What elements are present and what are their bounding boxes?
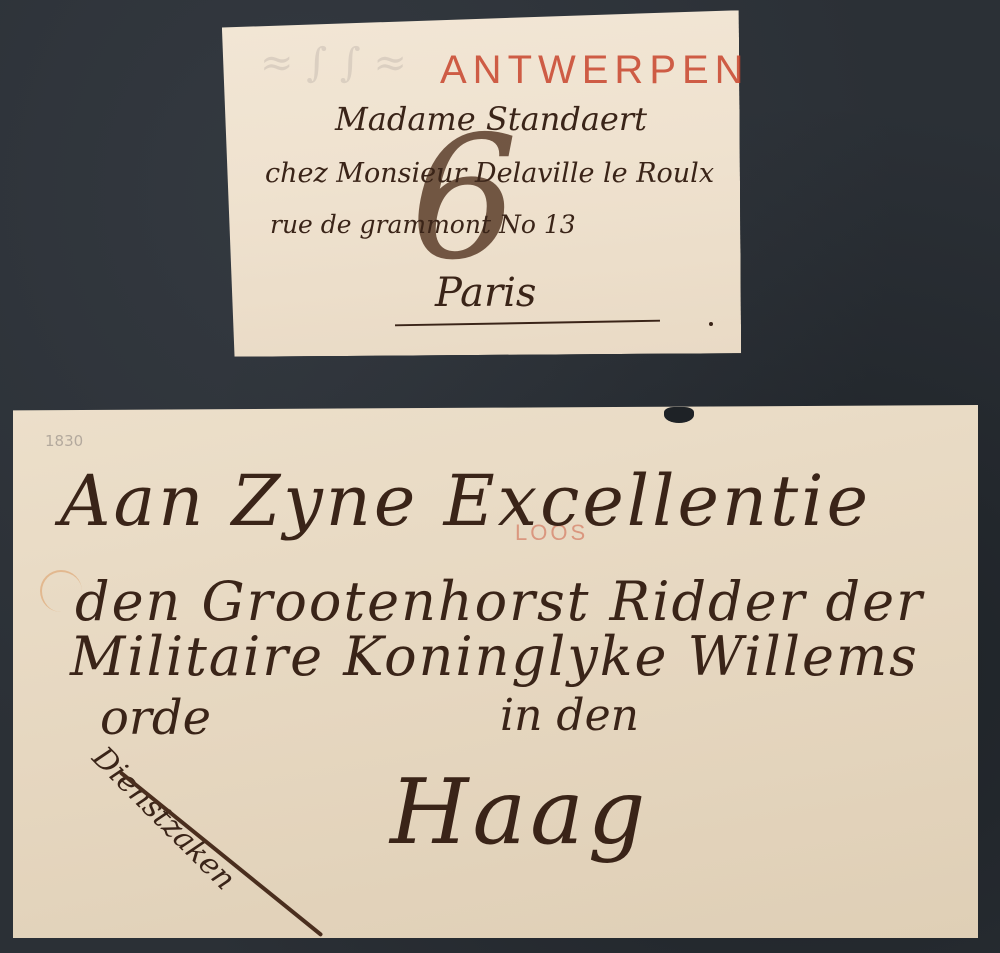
address-line-2: den Grootenhorst Ridder der [75,570,924,633]
address-city: Haag [390,760,649,865]
ink-dot [709,322,713,326]
address-line-4: orde [100,690,211,746]
address-line-3: Militaire Koninglyke Willems [70,625,919,688]
postmark-antwerpen: ANTWERPEN [440,48,750,93]
address-city: Paris [435,270,536,316]
address-line-5: in den [500,690,639,741]
address-line-1: Madame Standaert [335,100,647,138]
address-line-2: chez Monsieur Delaville le Roulx [265,158,714,189]
ink-bleed-through: ≈ ∫ ∫ ≈ [260,40,407,86]
pencil-note: 1830 [45,432,83,450]
address-line-3: rue de grammont No 13 [270,210,576,239]
address-line-1: Aan Zyne Excellentie [60,460,871,542]
wax-seal-remnant [664,407,694,423]
